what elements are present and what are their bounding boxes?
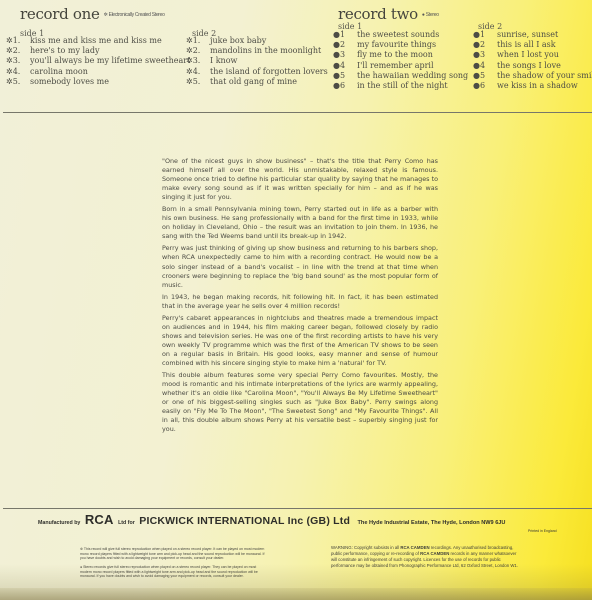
stereo-note-text: Stereo — [426, 12, 439, 18]
track-item: ✲5.that old gang of mine — [186, 77, 328, 87]
track-item: ●3fly me to the moon — [333, 50, 468, 60]
track-number: ✲5. — [186, 77, 210, 87]
track-number: ✲1. — [6, 36, 30, 46]
record-one-title: record one✲ Electronically Created Stere… — [20, 5, 165, 23]
track-item: ✲2.here's to my lady — [6, 46, 190, 56]
track-item: ●1sunrise, sunset — [473, 30, 592, 40]
track-item: ●6we kiss in a shadow — [473, 81, 592, 91]
track-title: sunrise, sunset — [497, 30, 558, 39]
track-title: the sweetest sounds — [357, 30, 439, 39]
manufacturer-line: Manufactured by RCA Ltd for PICKWICK INT… — [38, 511, 505, 529]
track-number: ✲5. — [6, 77, 30, 87]
track-title: carolina moon — [30, 67, 88, 76]
dot-icon: ● — [422, 12, 425, 18]
stereo-fine-print-2: ● Stereo records give full stereo reprod… — [80, 565, 265, 579]
track-number: ✲2. — [6, 46, 30, 56]
sleeve-notes-paragraph: Perry was just thinking of giving up sho… — [162, 244, 438, 289]
track-number: ✲4. — [186, 67, 210, 77]
record-two-side-1-tracks: ●1the sweetest sounds●2my favourite thin… — [333, 30, 468, 91]
record-one-heading: record one — [20, 5, 100, 23]
sleeve-notes-paragraph: In 1943, he began making records, hit fo… — [162, 293, 438, 311]
ltd-for-label: Ltd for — [118, 520, 135, 526]
bottom-divider — [3, 508, 592, 509]
sleeve-notes-paragraph: Born in a small Pennsylvania mining town… — [162, 205, 438, 241]
track-item: ●6in the still of the night — [333, 81, 468, 91]
record-one-side-1-tracks: ✲1.kiss me and kiss me and kiss me✲2.her… — [6, 36, 190, 87]
sleeve-notes: "One of the nicest guys in show business… — [162, 157, 438, 437]
sleeve-notes-paragraph: "One of the nicest guys in show business… — [162, 157, 438, 202]
asterisk-icon: ✲ — [104, 12, 108, 18]
warning-text-1: WARNING: Copyright subsists in all — [331, 545, 399, 550]
track-number: ✲3. — [186, 56, 210, 66]
track-title: the shadow of your smile — [497, 71, 592, 80]
track-item: ✲3.you'll always be my lifetime sweethea… — [6, 56, 190, 66]
track-title: the songs I love — [497, 61, 561, 70]
track-item: ✲4.carolina moon — [6, 67, 190, 77]
track-title: when I lost you — [497, 50, 559, 59]
company-address: The Hyde Industrial Estate, The Hyde, Lo… — [358, 520, 506, 526]
track-title: the hawaiian wedding song — [357, 71, 468, 80]
track-number: ●3 — [473, 50, 497, 60]
rca-logo-text: RCA — [85, 512, 114, 527]
record-two-side-2-tracks: ●1sunrise, sunset●2this is all I ask●3wh… — [473, 30, 592, 91]
record-two-heading: record two — [338, 5, 418, 23]
track-title: here's to my lady — [30, 46, 99, 55]
track-title: juke box baby — [210, 36, 266, 45]
track-item: ●5the hawaiian wedding song — [333, 71, 468, 81]
track-item: ●1the sweetest sounds — [333, 30, 468, 40]
track-item: ●5the shadow of your smile — [473, 71, 592, 81]
track-number: ✲3. — [6, 56, 30, 66]
track-number: ●4 — [473, 61, 497, 71]
track-number: ●5 — [333, 71, 357, 81]
manufactured-by-label: Manufactured by — [38, 520, 80, 526]
warning-brand-2: RCA CAMDEN — [420, 551, 449, 556]
track-number: ●6 — [473, 81, 497, 91]
track-item: ●4the songs I love — [473, 61, 592, 71]
track-title: my favourite things — [357, 40, 436, 49]
track-item: ●3when I lost you — [473, 50, 592, 60]
track-item: ●2my favourite things — [333, 40, 468, 50]
sleeve-notes-paragraph: This double album features some very spe… — [162, 371, 438, 434]
stereo-note-text: Electronically Created Stereo — [109, 12, 165, 18]
electronic-stereo-note: ✲ Electronically Created Stereo — [104, 12, 165, 18]
track-number: ●3 — [333, 50, 357, 60]
warning-brand-1: RCA CAMDEN — [400, 545, 429, 550]
stereo-fine-print-1: ✲ This record will give full stereo repr… — [80, 547, 265, 561]
track-item: ●4I'll remember april — [333, 61, 468, 71]
track-item: ✲3.I know — [186, 56, 328, 66]
sleeve-notes-paragraph: Perry's cabaret appearances in nightclub… — [162, 314, 438, 368]
track-item: ✲4.the island of forgotten lovers — [186, 67, 328, 77]
track-title: the island of forgotten lovers — [210, 67, 328, 76]
track-number: ●4 — [333, 61, 357, 71]
track-number: ✲1. — [186, 36, 210, 46]
track-title: mandolins in the moonlight — [210, 46, 321, 55]
track-title: somebody loves me — [30, 77, 109, 86]
copyright-warning: WARNING: Copyright subsists in all RCA C… — [331, 545, 521, 569]
top-divider — [3, 112, 592, 113]
track-title: you'll always be my lifetime sweetheart — [30, 56, 190, 65]
track-item: ✲1.juke box baby — [186, 36, 328, 46]
track-number: ●2 — [473, 40, 497, 50]
track-number: ●1 — [473, 30, 497, 40]
company-name: PICKWICK INTERNATIONAL Inc (GB) Ltd — [139, 515, 350, 527]
printed-in-england: Printed in England — [528, 529, 557, 533]
track-title: in the still of the night — [357, 81, 448, 90]
track-item: ✲5.somebody loves me — [6, 77, 190, 87]
track-title: I'll remember april — [357, 61, 434, 70]
track-title: fly me to the moon — [357, 50, 433, 59]
track-title: kiss me and kiss me and kiss me — [30, 36, 162, 45]
track-number: ●5 — [473, 71, 497, 81]
track-number: ●1 — [333, 30, 357, 40]
track-title: we kiss in a shadow — [497, 81, 578, 90]
track-item: ✲2.mandolins in the moonlight — [186, 46, 328, 56]
track-title: I know — [210, 56, 237, 65]
track-number: ✲4. — [6, 67, 30, 77]
track-item: ●2this is all I ask — [473, 40, 592, 50]
track-title: this is all I ask — [497, 40, 556, 49]
track-number: ✲2. — [186, 46, 210, 56]
track-title: that old gang of mine — [210, 77, 297, 86]
stereo-note: ● Stereo — [422, 12, 439, 18]
record-two-title: record two● Stereo — [338, 5, 439, 23]
cover-edge-wear — [0, 588, 592, 600]
record-one-side-2-tracks: ✲1.juke box baby✲2.mandolins in the moon… — [186, 36, 328, 87]
track-number: ●2 — [333, 40, 357, 50]
track-number: ●6 — [333, 81, 357, 91]
track-item: ✲1.kiss me and kiss me and kiss me — [6, 36, 190, 46]
